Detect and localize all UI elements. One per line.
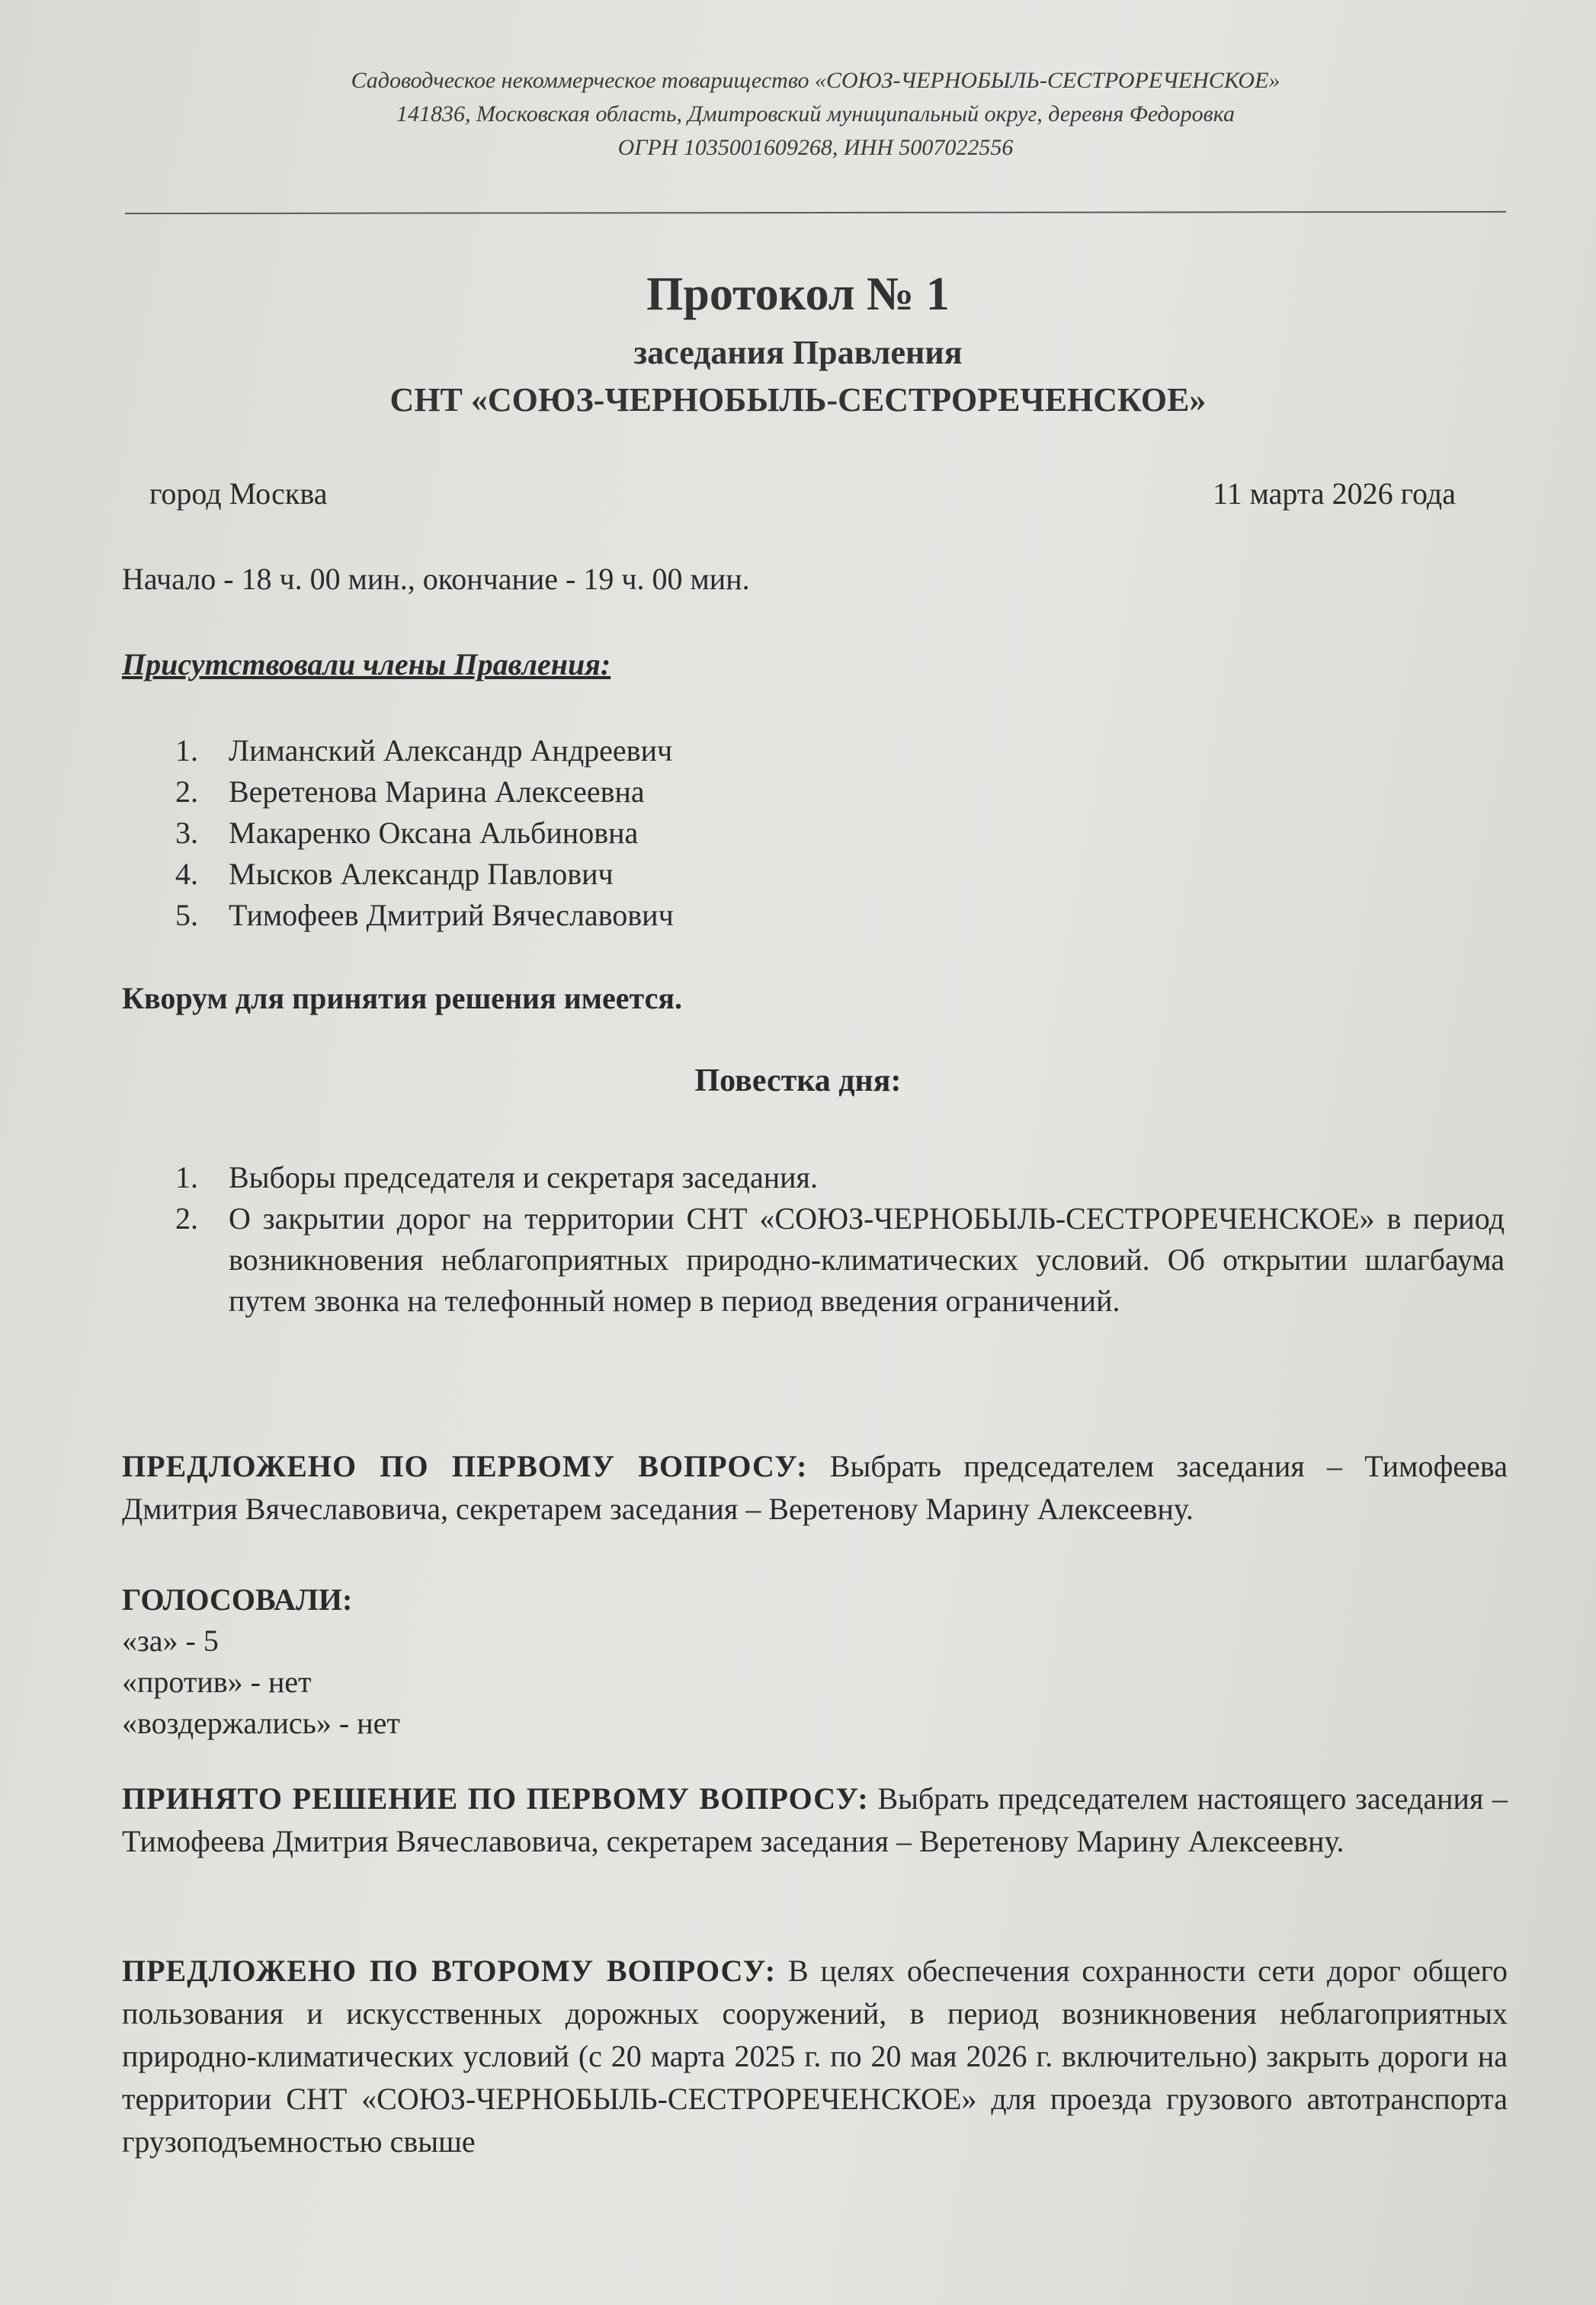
agenda-text: О закрытии дорог на территории СНТ «СОЮЗ…	[229, 1198, 1505, 1322]
votes-abstained: «воздержались» - нет	[122, 1703, 400, 1744]
voting-results: ГОЛОСОВАЛИ: «за» - 5 «против» - нет «воз…	[122, 1579, 400, 1744]
list-number: 1.	[175, 1157, 229, 1198]
list-number: 2.	[175, 1198, 229, 1322]
second-question-proposal: ПРЕДЛОЖЕНО ПО ВТОРОМУ ВОПРОСУ: В целях о…	[122, 1950, 1508, 2163]
agenda-list: 1. Выборы председателя и секретаря засед…	[175, 1157, 1505, 1322]
votes-against: «против» - нет	[122, 1662, 400, 1703]
header-divider	[125, 211, 1506, 214]
list-item: 4.Мысков Александр Павлович	[175, 854, 674, 895]
list-number: 3.	[175, 813, 229, 854]
org-registration: ОГРН 1035001609268, ИНН 5007022556	[122, 131, 1509, 165]
meeting-place: город Москва	[149, 476, 327, 511]
org-name: Садоводческое некоммерческое товариществ…	[122, 64, 1509, 98]
document-page: Садоводческое некоммерческое товариществ…	[0, 0, 1596, 2305]
meeting-date: 11 марта 2026 года	[1213, 476, 1456, 511]
agenda-title: Повестка дня:	[0, 1063, 1596, 1099]
members-list: 1.Лиманский Александр Андреевич 2.Верете…	[175, 730, 674, 936]
list-number: 5.	[175, 895, 229, 936]
list-number: 1.	[175, 730, 229, 771]
list-item: 3.Макаренко Оксана Альбиновна	[175, 813, 674, 854]
present-members-label: Присутствовали члены Правления:	[122, 646, 611, 682]
voting-label: ГОЛОСОВАЛИ:	[122, 1579, 400, 1621]
list-item: 1.Лиманский Александр Андреевич	[175, 730, 674, 771]
protocol-title: Протокол № 1	[0, 267, 1596, 322]
section-label: ПРЕДЛОЖЕНО ПО ВТОРОМУ ВОПРОСУ:	[122, 1954, 776, 1988]
votes-for: «за» - 5	[122, 1621, 400, 1662]
list-item: 5.Тимофеев Дмитрий Вячеславович	[175, 895, 674, 936]
protocol-subtitle: заседания Правления	[0, 332, 1596, 373]
member-name: Лиманский Александр Андреевич	[229, 733, 672, 768]
agenda-item: 2. О закрытии дорог на территории СНТ «С…	[175, 1198, 1505, 1322]
meeting-time: Начало - 18 ч. 00 мин., окончание - 19 ч…	[122, 561, 750, 597]
member-name: Мысков Александр Павлович	[229, 857, 614, 891]
member-name: Макаренко Оксана Альбиновна	[229, 816, 638, 850]
protocol-org-title: СНТ «СОЮЗ-ЧЕРНОБЫЛЬ-СЕСТРОРЕЧЕНСКОЕ»	[0, 378, 1596, 422]
first-question-decision: ПРИНЯТО РЕШЕНИЕ ПО ПЕРВОМУ ВОПРОСУ: Выбр…	[122, 1778, 1508, 1863]
quorum-statement: Кворум для принятия решения имеется.	[122, 980, 682, 1016]
first-question-proposal: ПРЕДЛОЖЕНО ПО ПЕРВОМУ ВОПРОСУ: Выбрать п…	[122, 1445, 1508, 1531]
list-number: 2.	[175, 771, 229, 813]
org-address: 141836, Московская область, Дмитровский …	[122, 98, 1509, 131]
agenda-text: Выборы председателя и секретаря заседани…	[229, 1157, 1505, 1198]
section-label: ПРЕДЛОЖЕНО ПО ПЕРВОМУ ВОПРОСУ:	[122, 1449, 808, 1483]
list-item: 2.Веретенова Марина Алексеевна	[175, 771, 674, 813]
member-name: Тимофеев Дмитрий Вячеславович	[229, 898, 674, 932]
agenda-item: 1. Выборы председателя и секретаря засед…	[175, 1157, 1505, 1198]
list-number: 4.	[175, 854, 229, 895]
member-name: Веретенова Марина Алексеевна	[229, 774, 645, 809]
section-label: ПРИНЯТО РЕШЕНИЕ ПО ПЕРВОМУ ВОПРОСУ:	[122, 1781, 869, 1816]
organization-header: Садоводческое некоммерческое товариществ…	[122, 64, 1509, 165]
